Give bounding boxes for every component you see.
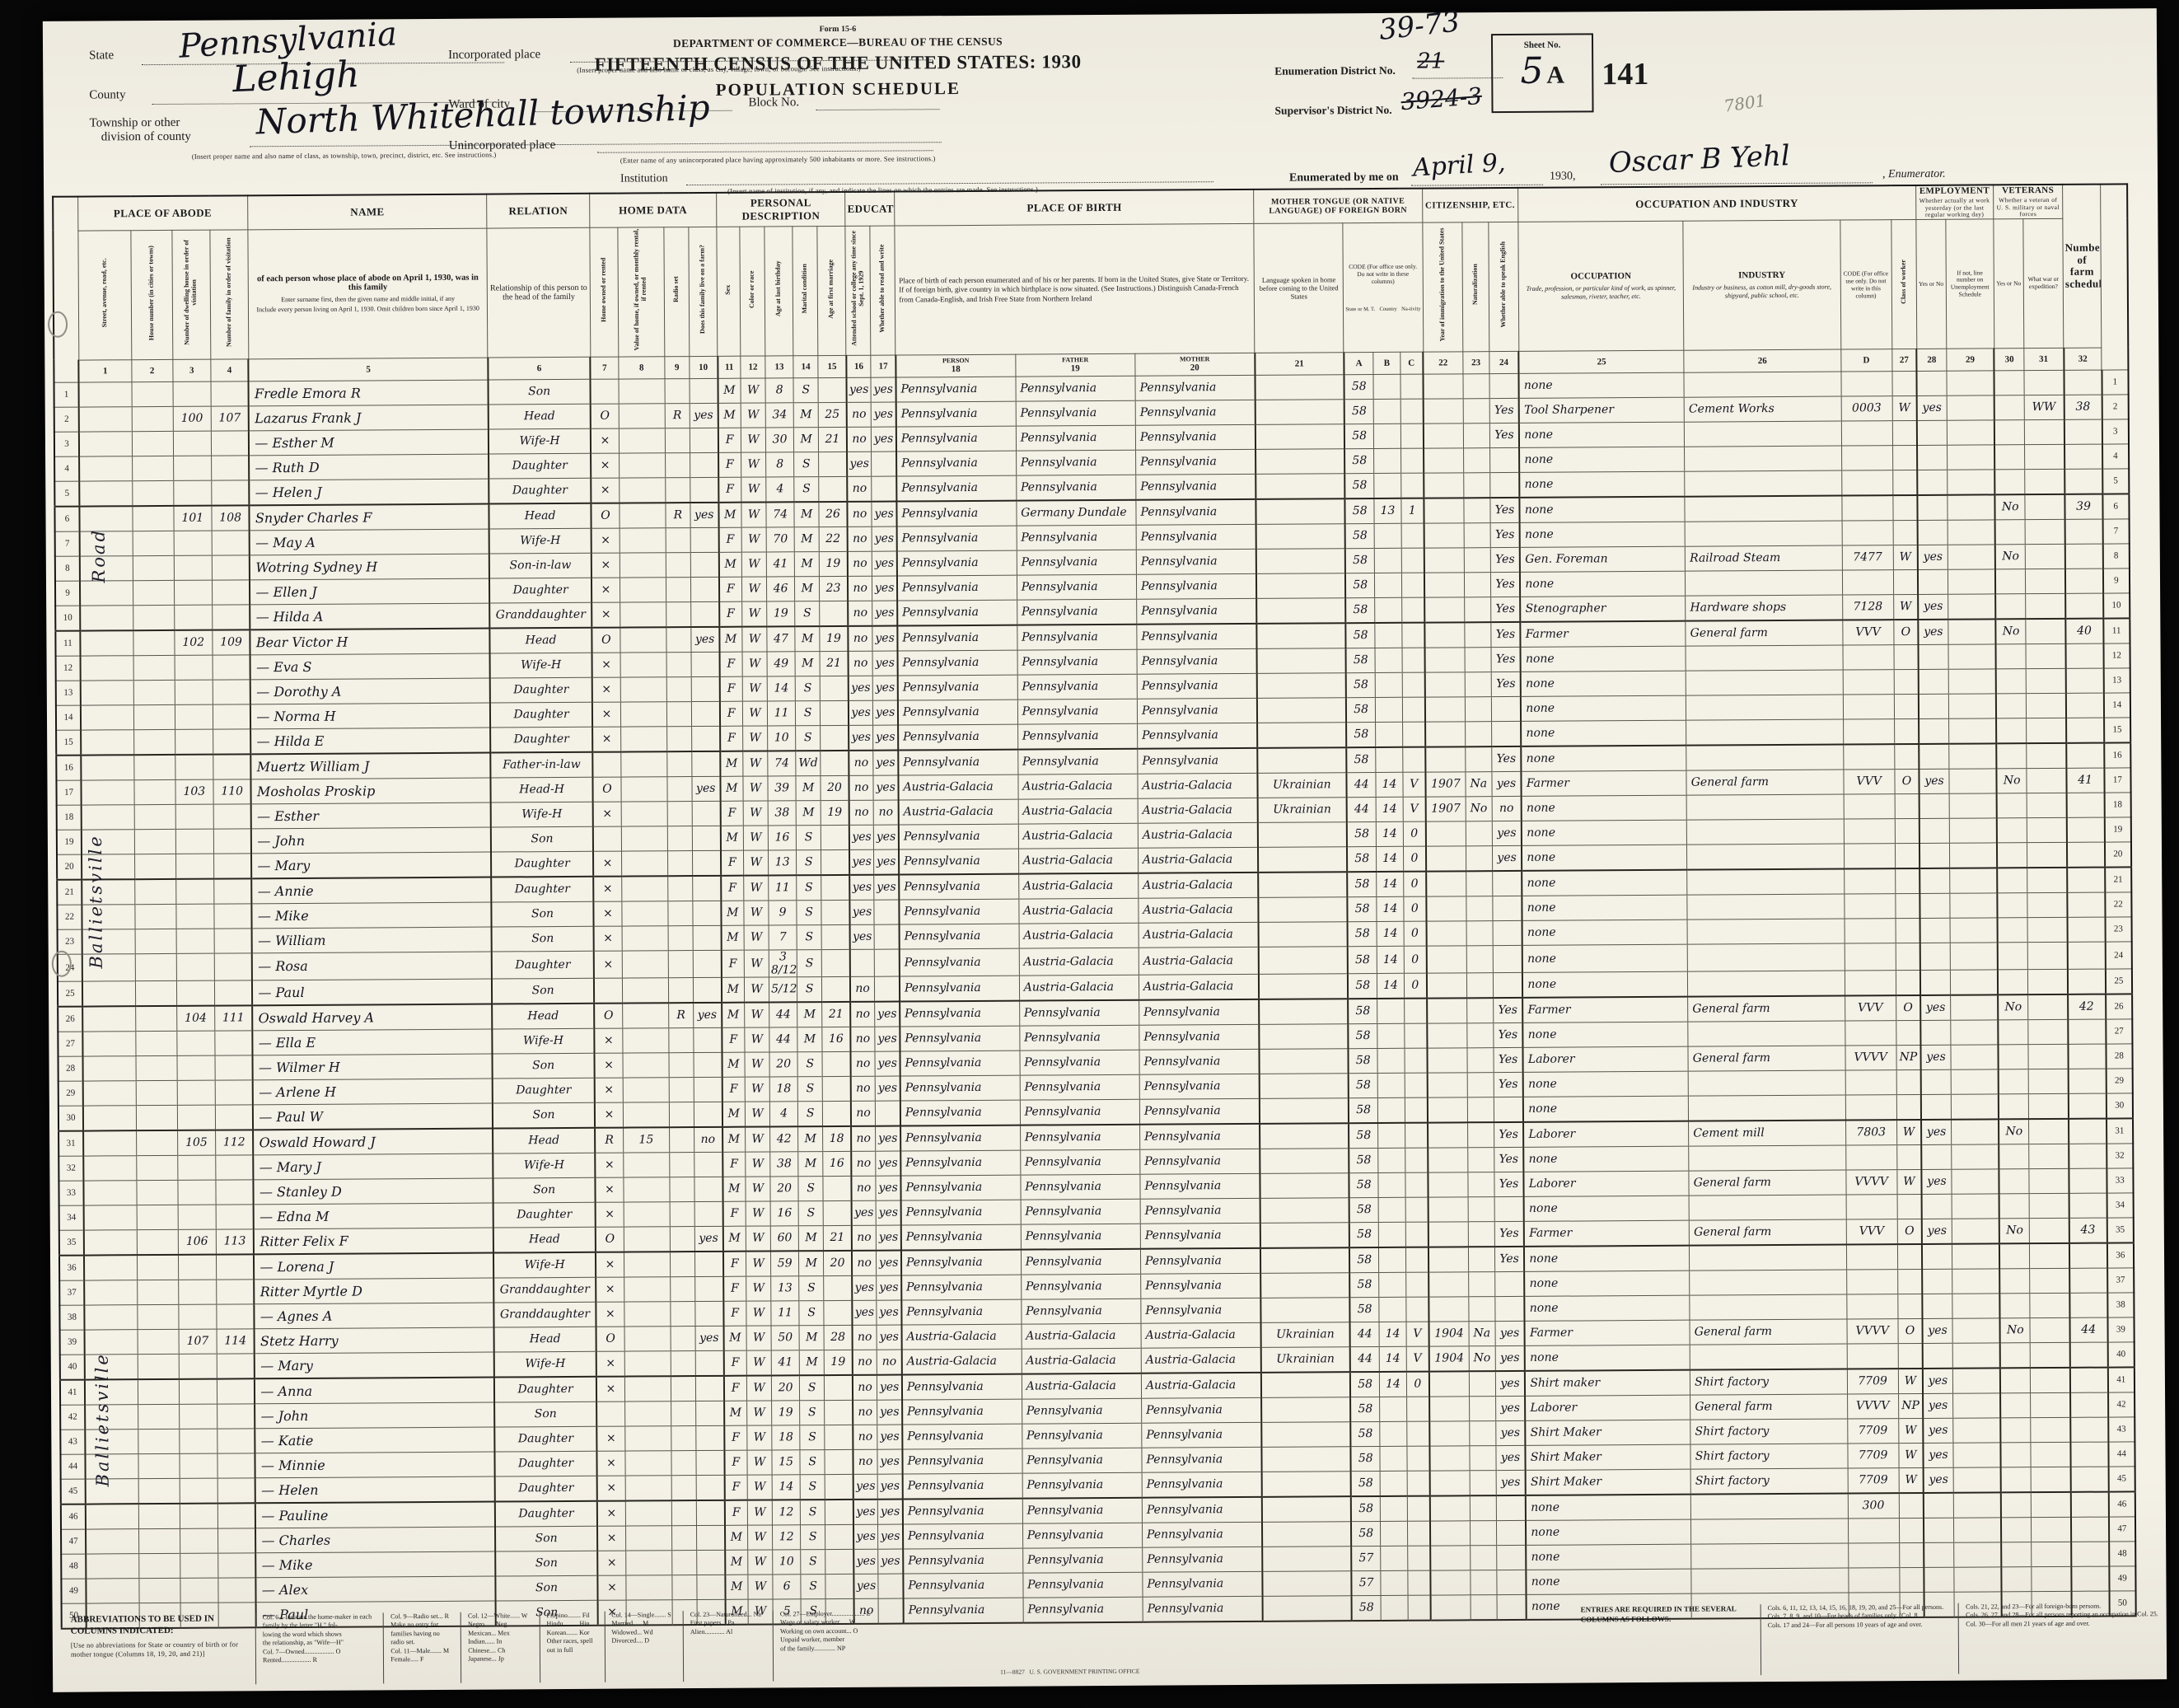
cell-vt <box>1996 644 2026 669</box>
cell-rel: Son <box>495 1575 597 1601</box>
cell-f <box>213 729 250 755</box>
cell-vt: No <box>1999 1119 2028 1144</box>
cell-am <box>820 601 848 626</box>
cell-ca: 58 <box>1346 672 1376 697</box>
cell-rw: yes <box>872 526 896 551</box>
unincorporated-note: (Enter name of any unincorporated place … <box>620 154 936 164</box>
cell-wk: yes <box>1917 395 1947 420</box>
cell-f <box>217 1304 255 1329</box>
cell-fs <box>2068 1044 2106 1069</box>
cell-sx: M <box>721 925 744 950</box>
cell-bm: Pennsylvania <box>1135 424 1255 450</box>
cell-ag: 16 <box>770 1201 798 1226</box>
cell-wk <box>1917 445 1947 470</box>
cell-fs <box>2068 1019 2106 1044</box>
cell-wr <box>2030 1268 2069 1293</box>
cell-fm <box>696 1500 724 1526</box>
cell-ag: 41 <box>771 1350 799 1376</box>
cell-en: Yes <box>1489 398 1519 423</box>
cell-f <box>212 555 250 580</box>
cell-fs <box>2066 817 2104 842</box>
cell-ag: 38 <box>768 801 796 826</box>
cell-d <box>180 1503 217 1528</box>
cell-d <box>177 1105 215 1130</box>
cell-st <box>81 656 133 681</box>
cell-sx: F <box>719 676 742 701</box>
abbr-col14: Col. 14—Single....... SMarried..... MWid… <box>604 1611 671 1682</box>
cell-cd: 7477 <box>1842 545 1893 570</box>
cell-ms: S <box>795 601 820 626</box>
cell-bp: Pennsylvania <box>900 1026 1019 1051</box>
cell-am <box>821 700 849 725</box>
cell-cr: W <box>741 527 766 552</box>
cell-r <box>666 527 690 552</box>
cell-ue <box>1948 494 1995 520</box>
cell-ms: S <box>799 1300 824 1325</box>
cell-cb <box>1381 1471 1407 1496</box>
cell-v <box>625 1451 671 1476</box>
cell-en: Yes <box>1494 1221 1524 1247</box>
cell-h <box>132 381 173 406</box>
cell-cr: W <box>746 1201 770 1226</box>
cell-cc <box>1405 1172 1428 1197</box>
cell-cd: 7709 <box>1847 1369 1898 1394</box>
cell-cc: 0 <box>1406 1371 1429 1397</box>
cell-f <box>212 531 250 555</box>
cell-v <box>620 627 666 653</box>
cell-d <box>175 754 213 779</box>
cell-o: × <box>597 1551 625 1575</box>
cell-bp: Pennsylvania <box>897 650 1017 676</box>
cell-lg <box>1260 1247 1349 1273</box>
cell-sx: M <box>725 1575 748 1599</box>
cell-vt <box>1997 843 2027 868</box>
cell-am <box>822 1076 850 1101</box>
cell-bm: Pennsylvania <box>1136 474 1255 499</box>
cell-am <box>823 1176 851 1200</box>
cell-n2: 20 <box>2105 842 2132 868</box>
cell-na <box>1468 1221 1494 1247</box>
cell-oc: none <box>1524 1246 1690 1272</box>
cell-cb <box>1380 1446 1406 1471</box>
col-header-name-desc: of each person whose place of abode on A… <box>248 228 489 359</box>
cell-bf: Austria-Galacia <box>1018 848 1138 873</box>
cell-r <box>667 776 692 801</box>
cell-yr <box>1425 722 1465 747</box>
cell-ag: 44 <box>769 1027 797 1052</box>
cell-bm: Pennsylvania <box>1143 1547 1262 1572</box>
cell-sc: no <box>847 476 872 502</box>
cell-ca: 58 <box>1348 973 1377 999</box>
cell-lg <box>1257 698 1346 723</box>
cell-in: General farm <box>1690 1319 1847 1345</box>
cell-sx: M <box>720 751 743 777</box>
cell-yr <box>1424 448 1463 473</box>
cell-fm <box>691 726 719 751</box>
cell-wk <box>1922 1244 1952 1270</box>
cell-ag: 19 <box>772 1401 800 1425</box>
cell-cc <box>1402 722 1425 747</box>
cell-ue <box>1951 1069 1999 1094</box>
cell-ms: S <box>800 1449 825 1474</box>
cell-r <box>666 552 690 577</box>
cell-fm <box>691 601 719 627</box>
cell-cd: VVVV <box>1845 1046 1896 1070</box>
cell-ue <box>1950 893 1998 918</box>
cell-am: 19 <box>819 551 847 576</box>
cell-wk <box>1920 1020 1950 1045</box>
cell-rw <box>875 976 900 1002</box>
cell-bp: Pennsylvania <box>900 1100 1020 1125</box>
cell-bm: Pennsylvania <box>1142 1472 1261 1497</box>
cell-v <box>623 1028 669 1053</box>
cell-cb: 14 <box>1380 1372 1406 1397</box>
cell-am <box>821 825 849 849</box>
cell-bm: Austria-Galacia <box>1139 974 1258 999</box>
cell-vt <box>1998 943 2027 970</box>
cell-in <box>1686 819 1844 845</box>
cell-wr <box>2027 868 2067 893</box>
cell-bm: Pennsylvania <box>1137 648 1256 674</box>
cell-sx: M <box>720 776 743 801</box>
cell-h <box>136 1105 177 1130</box>
cell-cd: VVV <box>1846 1219 1897 1245</box>
cell-n2: 37 <box>2107 1268 2135 1293</box>
cell-bp: Pennsylvania <box>899 924 1018 949</box>
cell-rel: Son <box>491 826 593 852</box>
cell-cr: W <box>746 1226 770 1252</box>
cell-f <box>215 1080 253 1105</box>
cell-vt <box>1995 569 2025 594</box>
cell-ue <box>1952 1169 1999 1194</box>
cell-in: Railroad Steam <box>1685 545 1842 571</box>
cell-rw: yes <box>872 501 896 526</box>
cell-lg <box>1255 449 1344 475</box>
cell-vt <box>1994 371 2024 395</box>
cell-na <box>1467 1147 1494 1172</box>
cell-vt <box>1998 970 2027 995</box>
cell-rel: Son <box>493 1102 595 1128</box>
cell-n: 47 <box>61 1529 86 1554</box>
cell-ca: 58 <box>1350 1446 1380 1471</box>
cell-cc <box>1402 648 1425 672</box>
cell-yr <box>1426 821 1466 846</box>
col-group-relation: RELATION <box>487 194 589 228</box>
cell-am: 18 <box>823 1126 851 1152</box>
cell-cc <box>1402 672 1425 697</box>
cell-rel: Daughter <box>493 1078 595 1103</box>
cell-nm: — Alex <box>256 1576 496 1603</box>
cell-f: 114 <box>217 1329 255 1354</box>
cell-f <box>215 1055 253 1080</box>
cell-na: No <box>1466 797 1492 821</box>
cell-cd <box>1841 470 1892 496</box>
cell-fm <box>690 477 718 503</box>
cell-wr <box>2027 768 2066 793</box>
cell-wr <box>2026 643 2065 668</box>
cell-fs <box>2064 469 2102 494</box>
cell-v <box>619 453 665 478</box>
cell-bp: Pennsylvania <box>897 550 1017 576</box>
cell-f <box>212 580 250 605</box>
cell-n: 39 <box>60 1330 85 1355</box>
cell-nm: Wotring Sydney H <box>250 554 489 580</box>
unincorporated-label: Unincorporated place <box>449 138 556 153</box>
cell-ms: M <box>796 775 821 800</box>
cell-o: × <box>594 926 622 951</box>
cell-cr: W <box>744 950 769 977</box>
cell-wk <box>1921 1069 1951 1094</box>
cell-ms: S <box>794 476 819 502</box>
cell-am <box>825 1549 853 1574</box>
schedule-title: POPULATION SCHEDULE <box>549 77 1126 101</box>
cell-en <box>1495 1296 1525 1321</box>
cell-bp: Pennsylvania <box>899 899 1018 924</box>
cell-r <box>665 428 690 452</box>
cell-na <box>1466 972 1493 998</box>
cell-ms: M <box>794 502 819 527</box>
cell-yr: 1904 <box>1429 1346 1469 1372</box>
cell-rw: yes <box>873 700 898 725</box>
cell-n: 12 <box>56 656 81 681</box>
cell-wr <box>2027 969 2067 994</box>
cell-fs <box>2068 1069 2106 1093</box>
column-number: FATHER19 <box>1016 353 1135 377</box>
cell-nm: — Dorothy A <box>250 678 490 704</box>
cell-ca: 58 <box>1344 498 1374 524</box>
cell-sc: no <box>848 651 872 676</box>
cell-ue <box>1952 1368 2000 1393</box>
cell-bp: Pennsylvania <box>900 1075 1020 1101</box>
cell-st <box>79 407 132 432</box>
col-group-place-of-birth: PLACE OF BIRTH <box>895 190 1254 226</box>
enum-district-line <box>1412 77 1503 79</box>
cell-sx: F <box>719 652 742 676</box>
cell-sx: M <box>722 1102 745 1127</box>
column-number: 3 <box>173 359 211 381</box>
cell-ue <box>1953 1418 2001 1443</box>
cell-lg <box>1257 723 1346 748</box>
cell-yr <box>1428 1097 1467 1123</box>
cell-nm: — Mike <box>252 902 492 929</box>
col-header-marital: Marital condition <box>793 226 818 355</box>
cell-ca: 58 <box>1348 999 1377 1024</box>
cell-o: O <box>593 777 621 802</box>
cell-cd <box>1845 943 1896 971</box>
cell-rw: yes <box>871 377 895 402</box>
cell-r <box>668 901 693 925</box>
cell-na <box>1467 1047 1494 1072</box>
cell-lg: Ukrainian <box>1257 773 1346 798</box>
cell-na <box>1467 1097 1494 1122</box>
cell-ag: 6 <box>773 1575 801 1599</box>
cell-nm: — Helen J <box>250 479 489 505</box>
cell-sx: M <box>719 627 742 653</box>
cell-bm: Pennsylvania <box>1136 549 1255 574</box>
cell-ms: Wd <box>796 751 821 776</box>
cell-wr <box>2030 1317 2069 1342</box>
cell-lg <box>1259 1024 1348 1050</box>
cell-wk <box>1919 669 1948 694</box>
cell-lg <box>1261 1397 1350 1423</box>
cell-oc: Shirt Maker <box>1526 1420 1691 1445</box>
cell-bp: Pennsylvania <box>898 675 1017 700</box>
sup-district-label: Supervisor's District No. <box>1274 104 1391 118</box>
cell-cr: W <box>741 452 766 477</box>
cell-am <box>825 1574 853 1598</box>
entries-required-col2: Cols. 21, 22, and 23—For all foreign-bor… <box>1958 1602 2158 1673</box>
cell-r <box>672 1550 697 1575</box>
column-number: C <box>1400 352 1423 374</box>
cell-ag: 13 <box>769 850 797 876</box>
street-name-handwriting: Ballietsville <box>91 1295 113 1542</box>
cell-na <box>1468 1271 1494 1296</box>
cell-en <box>1489 472 1519 498</box>
column-number: 13 <box>765 356 793 378</box>
cell-sx: F <box>723 1350 746 1376</box>
cell-in: Hardware shops <box>1686 595 1843 621</box>
cell-n2: 23 <box>2105 917 2132 942</box>
cell-cb <box>1375 548 1401 573</box>
cell-vt <box>2001 1443 2031 1467</box>
enumerated-by-label: Enumerated by me on <box>1289 171 1399 185</box>
cell-d <box>176 980 214 1006</box>
cell-fs <box>2069 1193 2107 1218</box>
cell-v <box>626 1575 672 1600</box>
cell-ue <box>1947 445 1994 470</box>
cell-v <box>623 1102 669 1128</box>
cell-h <box>133 729 175 755</box>
cell-bf: Pennsylvania <box>1020 1149 1139 1175</box>
cell-oc: none <box>1522 870 1687 896</box>
cell-wr <box>2032 1566 2071 1591</box>
cell-r <box>671 1425 696 1450</box>
cell-rel: Head <box>489 503 591 529</box>
cell-lg: Ukrainian <box>1257 798 1346 823</box>
cell-bm: Pennsylvania <box>1135 375 1255 400</box>
cell-cc <box>1405 1272 1429 1297</box>
cell-ms: S <box>800 1500 825 1525</box>
cell-f <box>211 456 249 480</box>
cell-en: yes <box>1496 1470 1526 1495</box>
cell-vt: No <box>1998 994 2027 1020</box>
cell-v <box>625 1476 671 1501</box>
cell-ms: M <box>797 1002 822 1027</box>
cell-cc: V <box>1403 797 1426 821</box>
cell-wk <box>1920 943 1950 970</box>
cell-h <box>135 953 176 980</box>
cell-cb <box>1379 1297 1405 1322</box>
cell-fm <box>692 801 720 826</box>
cell-ca: 58 <box>1345 623 1375 648</box>
cell-en: Yes <box>1490 572 1520 597</box>
cell-sx: M <box>722 1177 746 1201</box>
cell-vt <box>1999 1194 2029 1219</box>
cell-nm: Fredle Emora R <box>249 380 489 406</box>
cell-na <box>1469 1371 1495 1397</box>
cell-na <box>1465 722 1491 747</box>
cell-oc: Farmer <box>1522 997 1688 1023</box>
cell-r <box>672 1575 697 1599</box>
cell-na <box>1467 1072 1494 1097</box>
cell-wr <box>2026 693 2065 718</box>
cell-n: 9 <box>55 581 80 606</box>
cell-h <box>138 1329 179 1354</box>
cell-n: 13 <box>56 681 81 705</box>
cell-cb: 14 <box>1377 821 1403 846</box>
cell-ag: 70 <box>766 527 794 552</box>
cell-yr <box>1430 1570 1470 1595</box>
cell-bm: Austria-Galacia <box>1139 922 1258 948</box>
cell-n: 36 <box>59 1255 84 1280</box>
col-group-home-data: HOME DATA <box>589 193 717 227</box>
cell-cb <box>1378 1123 1405 1149</box>
cell-wk <box>1918 495 1948 521</box>
cell-fm: yes <box>694 1226 722 1252</box>
cell-h <box>133 630 175 656</box>
cell-o: × <box>596 1426 624 1451</box>
cell-nm: — Stanley D <box>254 1178 493 1205</box>
cell-cb <box>1374 473 1400 498</box>
cell-lg <box>1260 1273 1349 1299</box>
cell-sc: no <box>851 1176 876 1200</box>
cell-lg <box>1259 974 1348 999</box>
cell-cb <box>1374 448 1400 473</box>
cell-sx: F <box>724 1450 747 1475</box>
cell-en: Yes <box>1494 1072 1523 1097</box>
cell-ag: 49 <box>767 652 795 676</box>
cell-fs <box>2067 867 2105 892</box>
cell-wr <box>2027 842 2066 868</box>
cell-rw: yes <box>872 651 897 676</box>
cell-sx: F <box>724 1500 747 1526</box>
cell-o: × <box>597 1526 625 1551</box>
cell-ue <box>1952 1318 2000 1343</box>
cell-h <box>136 1130 177 1156</box>
cell-fs <box>2069 1367 2107 1392</box>
cell-na <box>1463 448 1489 473</box>
cell-ue <box>1950 994 1998 1020</box>
cell-bp: Pennsylvania <box>902 1399 1022 1425</box>
cell-sx: F <box>723 1276 746 1301</box>
cell-n2: 9 <box>2103 569 2130 593</box>
cell-cb <box>1375 623 1401 648</box>
cell-cb: 14 <box>1380 1346 1406 1372</box>
cell-rw: yes <box>877 1325 901 1350</box>
cell-n: 49 <box>61 1579 86 1603</box>
cell-fs <box>2069 1144 2107 1168</box>
cell-cb <box>1377 1023 1404 1048</box>
cell-cl <box>1899 1518 1924 1542</box>
cell-n2: 29 <box>2106 1069 2133 1093</box>
enum-district-label: Enumeration District No. <box>1274 64 1396 78</box>
cell-vt <box>1999 1243 2029 1269</box>
cell-nm: Mosholas Proskip <box>251 778 491 804</box>
cell-ms: M <box>795 651 820 676</box>
cell-am: 20 <box>821 775 849 800</box>
cell-r <box>665 452 690 477</box>
enum-district-old-value: 21 <box>1417 49 1444 73</box>
cell-ue <box>1949 769 1997 793</box>
column-number: 29 <box>1947 349 1994 371</box>
cell-cr: W <box>746 1126 770 1152</box>
cell-yr <box>1425 648 1465 672</box>
cell-vt <box>1994 445 2024 470</box>
cell-yr <box>1425 697 1465 722</box>
cell-cr: W <box>746 1152 770 1177</box>
cell-wk <box>1924 1542 1953 1567</box>
cell-st <box>83 1130 136 1156</box>
